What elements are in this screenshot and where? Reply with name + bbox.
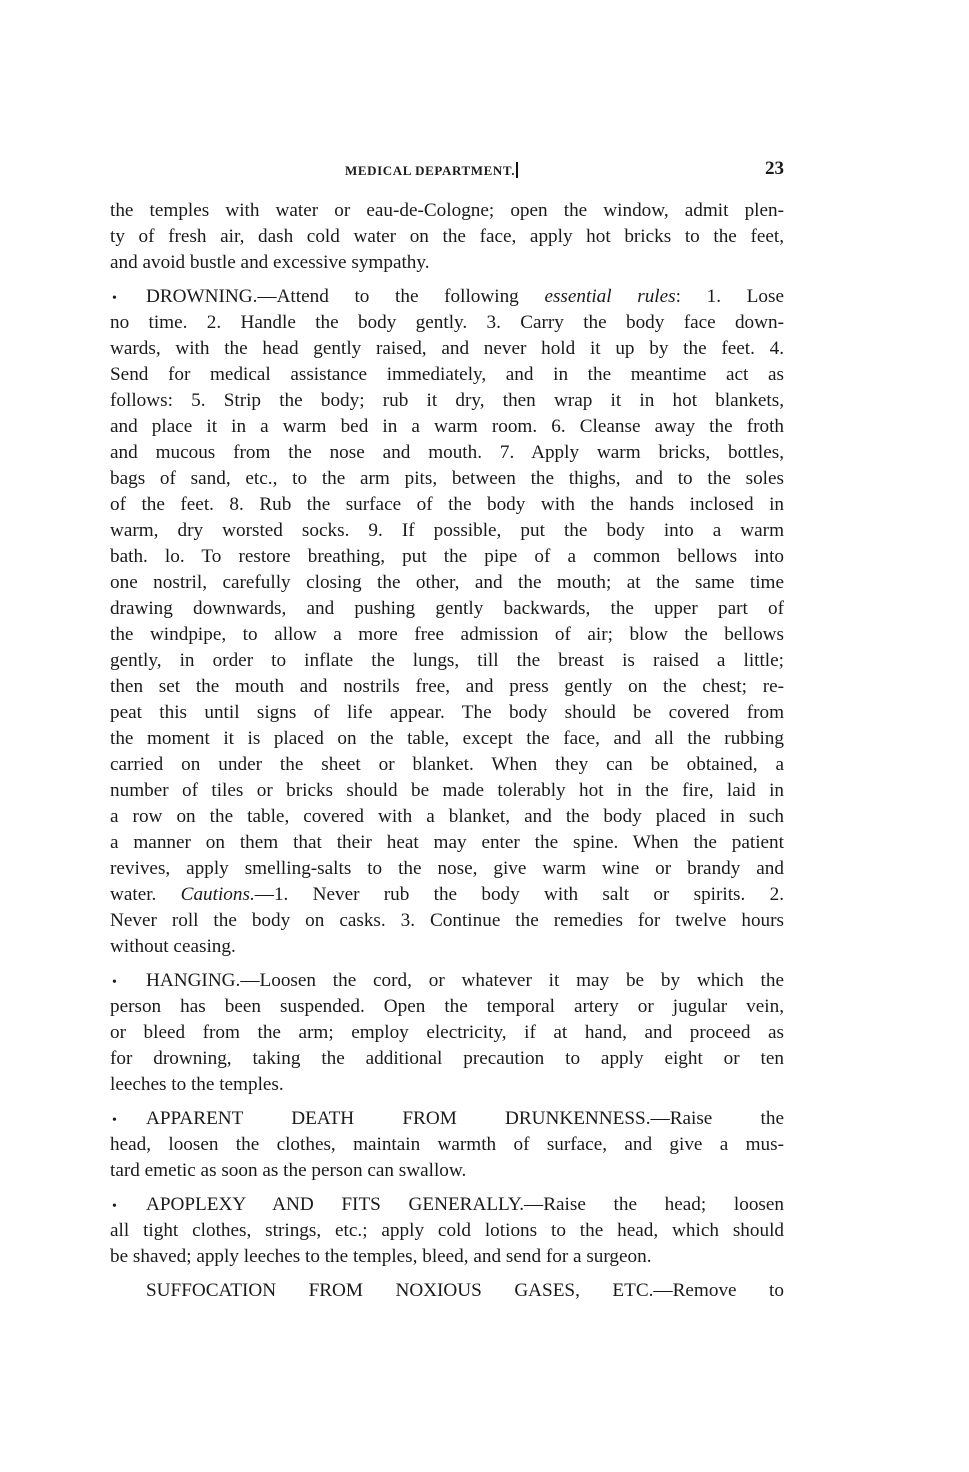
text-line: peat this until signs of life appear. Th… (110, 700, 784, 726)
text-line: a manner on them that their heat may ent… (110, 830, 784, 856)
text-line: the moment it is placed on the table, ex… (110, 726, 784, 752)
line-text: APPARENT DEATH FROM DRUNKENNESS.—Raise t… (146, 1108, 784, 1129)
text-line: follows: 5. Strip the body; rub it dry, … (110, 388, 784, 414)
page-header: MEDICAL DEPARTMENT. 23 (110, 162, 784, 186)
text-line: and avoid bustle and excessive sympathy. (110, 250, 784, 276)
text-line: the temples with water or eau-de-Cologne… (110, 198, 784, 224)
text-line: or bleed from the arm; employ electricit… (110, 1020, 784, 1046)
text-line: no time. 2. Handle the body gently. 3. C… (110, 310, 784, 336)
paragraph-drowning: •DROWNING.—Attend to the following essen… (110, 284, 784, 960)
text-line: all tight clothes, strings, etc.; apply … (110, 1218, 784, 1244)
text-line: bath. lo. To restore breathing, put the … (110, 544, 784, 570)
text-line: Never roll the body on casks. 3. Continu… (110, 908, 784, 934)
text-line: head, loosen the clothes, maintain warmt… (110, 1132, 784, 1158)
text-line: a row on the table, covered with a blank… (110, 804, 784, 830)
paragraph-suffocation: SUFFOCATION FROM NOXIOUS GASES, ETC.—Rem… (110, 1278, 784, 1304)
running-head: MEDICAL DEPARTMENT. (345, 162, 518, 179)
page-number: 23 (765, 158, 784, 180)
line-text: HANGING.—Loosen the cord, or whatever it… (146, 970, 784, 991)
italic-phrase: Cautions. (181, 884, 255, 905)
text-line-first: SUFFOCATION FROM NOXIOUS GASES, ETC.—Rem… (110, 1278, 784, 1304)
text-line: then set the mouth and nostrils free, an… (110, 674, 784, 700)
paragraph-apoplexy: •APOPLEXY AND FITS GENERALLY.—Raise the … (110, 1192, 784, 1270)
text-line: and place it in a warm bed in a warm roo… (110, 414, 784, 440)
text-line: leeches to the temples. (110, 1072, 784, 1098)
text-line: revives, apply smelling-salts to the nos… (110, 856, 784, 882)
text-line: carried on under the sheet or blanket. W… (110, 752, 784, 778)
text-line: be shaved; apply leeches to the temples,… (110, 1244, 784, 1270)
print-mark (516, 162, 518, 178)
line-text: SUFFOCATION FROM NOXIOUS GASES, ETC.—Rem… (146, 1280, 784, 1301)
book-page: MEDICAL DEPARTMENT. 23 the temples with … (0, 0, 969, 1472)
text-line: person has been suspended. Open the temp… (110, 994, 784, 1020)
text-line: warm, dry worsted socks. 9. If possible,… (110, 518, 784, 544)
italic-phrase: essential rules (544, 286, 675, 307)
text-line-first: •HANGING.—Loosen the cord, or whatever i… (110, 968, 784, 994)
text-line: tard emetic as soon as the person can sw… (110, 1158, 784, 1184)
paragraph-continuation: the temples with water or eau-de-Cologne… (110, 198, 784, 276)
text-line: for drowning, taking the additional prec… (110, 1046, 784, 1072)
text-line: drawing downwards, and pushing gently ba… (110, 596, 784, 622)
text-line: wards, with the head gently raised, and … (110, 336, 784, 362)
body-text: the temples with water or eau-de-Cologne… (110, 198, 784, 1312)
text-line: number of tiles or bricks should be made… (110, 778, 784, 804)
text-line-first: •DROWNING.—Attend to the following essen… (110, 284, 784, 310)
text-line: of the feet. 8. Rub the surface of the b… (110, 492, 784, 518)
text-line: without ceasing. (110, 934, 784, 960)
text-line: one nostril, carefully closing the other… (110, 570, 784, 596)
text-line: the windpipe, to allow a more free admis… (110, 622, 784, 648)
text-line: Send for medical assistance immediately,… (110, 362, 784, 388)
text-line: and mucous from the nose and mouth. 7. A… (110, 440, 784, 466)
text-line: ty of fresh air, dash cold water on the … (110, 224, 784, 250)
text-line-first: •APOPLEXY AND FITS GENERALLY.—Raise the … (110, 1192, 784, 1218)
line-text: APOPLEXY AND FITS GENERALLY.—Raise the h… (146, 1194, 784, 1215)
text-line: bags of sand, etc., to the arm pits, bet… (110, 466, 784, 492)
text-line-cautions: water. Cautions.—1. Never rub the body w… (110, 882, 784, 908)
text-line-first: •APPARENT DEATH FROM DRUNKENNESS.—Raise … (110, 1106, 784, 1132)
text-line: gently, in order to inflate the lungs, t… (110, 648, 784, 674)
paragraph-drunkenness: •APPARENT DEATH FROM DRUNKENNESS.—Raise … (110, 1106, 784, 1184)
paragraph-hanging: •HANGING.—Loosen the cord, or whatever i… (110, 968, 784, 1098)
drowning-lead: DROWNING.—Attend to the following essent… (146, 286, 784, 307)
